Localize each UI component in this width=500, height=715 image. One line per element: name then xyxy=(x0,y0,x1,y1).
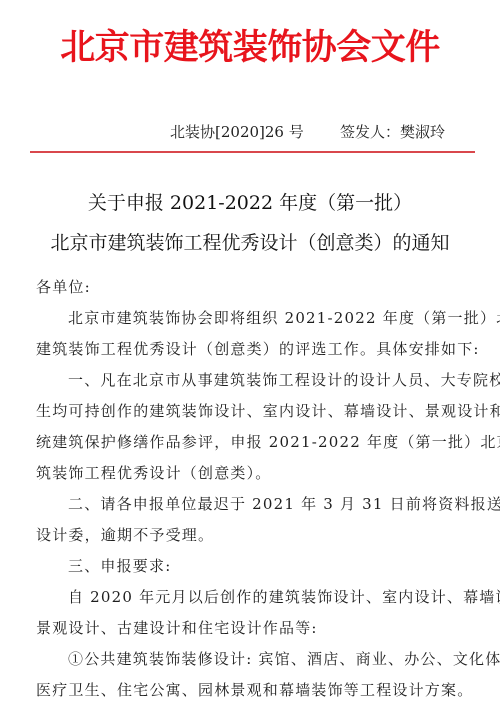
document-signer: 签发人：樊淑玲 xyxy=(340,120,445,144)
header-divider xyxy=(30,151,475,153)
body-line: 自 2020 年元月以后创作的建筑装饰设计、室内设计、幕墙设计、 xyxy=(36,582,482,613)
body-line: 医疗卫生、住宅公寓、园林景观和幕墙装饰等工程设计方案。 xyxy=(36,675,482,706)
notice-title-line-1: 关于申报 2021-2022 年度（第一批） xyxy=(0,189,500,217)
body-line: 生均可持创作的建筑装饰设计、室内设计、幕墙设计、景观设计和传 xyxy=(36,396,482,427)
body-line: 建筑装饰工程优秀设计（创意类）的评选工作。具体安排如下: xyxy=(36,334,482,365)
section-three-heading: 三、申报要求: xyxy=(36,551,482,582)
document-meta-row: 北装协[2020]26 号 签发人：樊淑玲 xyxy=(0,120,500,144)
body-line: 北京市建筑装饰协会即将组织 2021-2022 年度（第一批）北京市 xyxy=(36,303,482,334)
body-line: 景观设计、古建设计和住宅设计作品等: xyxy=(36,613,482,644)
section-one-line: 一、凡在北京市从事建筑装饰工程设计的设计人员、大专院校师 xyxy=(36,365,482,396)
notice-title-line-2: 北京市建筑装饰工程优秀设计（创意类）的通知 xyxy=(0,229,500,257)
section-two-line: 二、请各申报单位最迟于 2021 年 3 月 31 日前将资料报送市装协 xyxy=(36,489,482,520)
document-header-title: 北京市建筑装饰协会文件 xyxy=(0,24,500,72)
body-line: 设计委，逾期不予受理。 xyxy=(36,520,482,551)
list-item-public-buildings: ①公共建筑装饰装修设计: 宾馆、酒店、商业、办公、文化体育、 xyxy=(36,644,482,675)
body-line: 统建筑保护修缮作品参评，申报 2021-2022 年度（第一批）北京市建 xyxy=(36,427,482,458)
body-line: 筑装饰工程优秀设计（创意类）。 xyxy=(36,458,482,489)
document-number: 北装协[2020]26 号 xyxy=(170,120,304,144)
salutation: 各单位: xyxy=(36,272,482,303)
document-body: 各单位: 北京市建筑装饰协会即将组织 2021-2022 年度（第一批）北京市 … xyxy=(36,272,482,706)
